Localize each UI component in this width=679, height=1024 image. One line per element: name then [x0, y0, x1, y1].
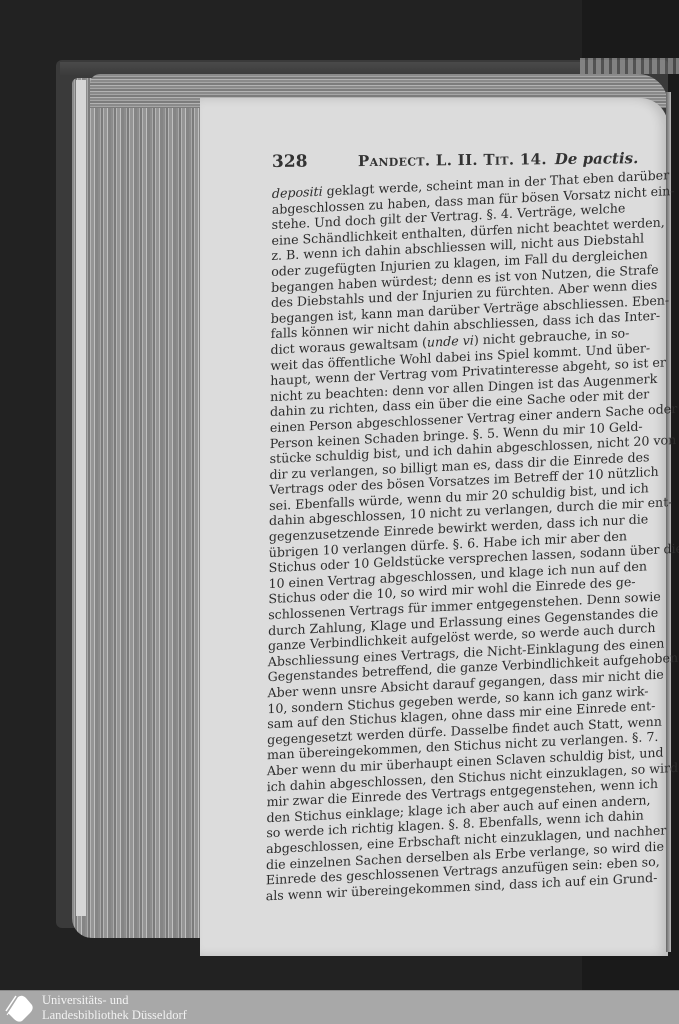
book-headband [580, 58, 679, 74]
body-text: depositi geklagt werde, scheint man in d… [266, 168, 664, 904]
page-block-highlight [76, 80, 86, 916]
running-head-subtitle: De pactis. [555, 149, 639, 168]
library-name: Universitäts- und Landesbibliothek Düsse… [42, 993, 187, 1022]
library-book-logo-icon [4, 993, 36, 1023]
page-block-side-edges [72, 78, 202, 938]
library-name-line1: Universitäts- und [42, 993, 187, 1008]
page-content: 328 Pandect. L. II. Tit. 14. De pactis. … [272, 150, 664, 903]
library-name-line2: Landesbibliothek Düsseldorf [42, 1008, 187, 1023]
italic-term: depositi [272, 184, 323, 201]
running-head-title: Pandect. L. II. Tit. 14. [358, 150, 547, 170]
page-number: 328 [272, 151, 358, 172]
library-footer-banner: Universitäts- und Landesbibliothek Düsse… [0, 990, 679, 1024]
italic-term: unde vi [427, 332, 474, 349]
page-gutter [666, 92, 671, 952]
